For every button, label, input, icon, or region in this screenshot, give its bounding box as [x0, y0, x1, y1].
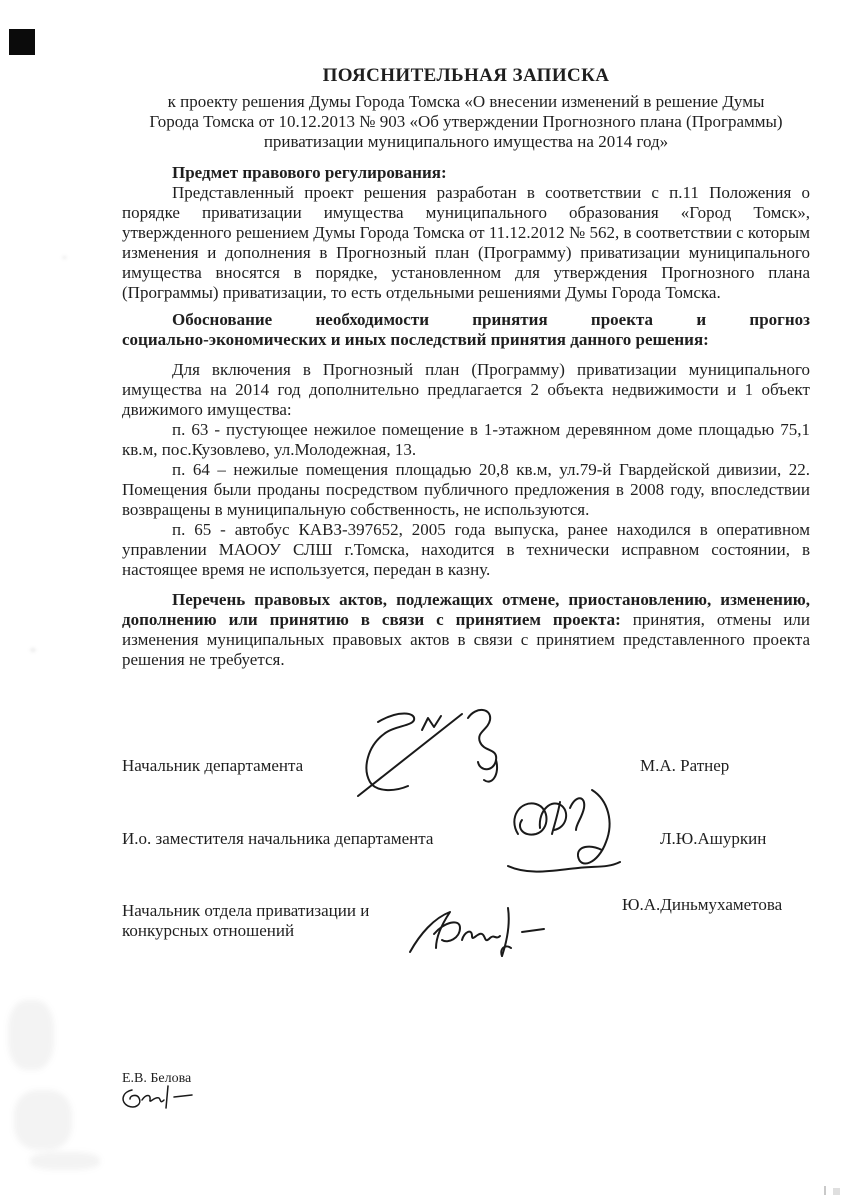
signature-name: Ю.А.Диньмухаметова: [622, 895, 782, 915]
signature-position-label: Начальник департамента: [122, 756, 303, 776]
signature-name: М.А. Ратнер: [640, 756, 729, 776]
scan-artifact-smudge: [8, 1000, 54, 1070]
signature-position-label: Начальник отдела приватизации и конкурсн…: [122, 901, 422, 941]
section-heading-justification-line2: социально-экономических и иных последств…: [122, 330, 810, 350]
scanned-document-page: ПОЯСНИТЕЛЬНАЯ ЗАПИСКА к проекту решения …: [0, 0, 850, 1201]
scan-artifact-corner-square: [9, 29, 35, 55]
list-item-64: п. 64 – нежилые помещения площадью 20,8 …: [122, 460, 810, 520]
signature-ashurkin: [492, 784, 632, 880]
scan-artifact-mark: [824, 1186, 826, 1195]
scan-artifact-speck: [30, 648, 36, 652]
scan-artifact-mark: [833, 1188, 840, 1195]
section-heading-subject: Предмет правового регулирования:: [122, 163, 810, 183]
list-item-65: п. 65 - автобус КАВЗ-397652, 2005 года в…: [122, 520, 810, 580]
list-item-63: п. 63 - пустующее нежилое помещение в 1-…: [122, 420, 810, 460]
document-title: ПОЯСНИТЕЛЬНАЯ ЗАПИСКА: [122, 66, 810, 86]
signature-position-label: И.о. заместителя начальника департамента: [122, 829, 433, 849]
section-heading-justification-line1: Обоснование необходимости принятия проек…: [122, 310, 810, 330]
signature-dinmukhametova: [404, 902, 554, 958]
scan-artifact-speck: [62, 256, 67, 259]
paragraph-justification-intro: Для включения в Прогнозный план (Програм…: [122, 360, 810, 420]
paragraph-subject-body: Представленный проект решения разработан…: [122, 183, 810, 303]
scan-artifact-smudge: [30, 1152, 100, 1170]
signature-name: Л.Ю.Ашуркин: [660, 829, 766, 849]
signature-belova: [116, 1084, 196, 1112]
paragraph-acts: Перечень правовых актов, подлежащих отме…: [122, 590, 810, 670]
document-body: ПОЯСНИТЕЛЬНАЯ ЗАПИСКА к проекту решения …: [122, 0, 810, 670]
document-subtitle: к проекту решения Думы Города Томска «О …: [122, 92, 810, 152]
subtitle-line: приватизации муниципального имущества на…: [122, 132, 810, 152]
signature-ratner: [350, 704, 512, 800]
subtitle-line: Города Томска от 10.12.2013 № 903 «Об ут…: [122, 112, 810, 132]
scan-artifact-smudge: [14, 1090, 72, 1150]
subtitle-line: к проекту решения Думы Города Томска «О …: [122, 92, 810, 112]
